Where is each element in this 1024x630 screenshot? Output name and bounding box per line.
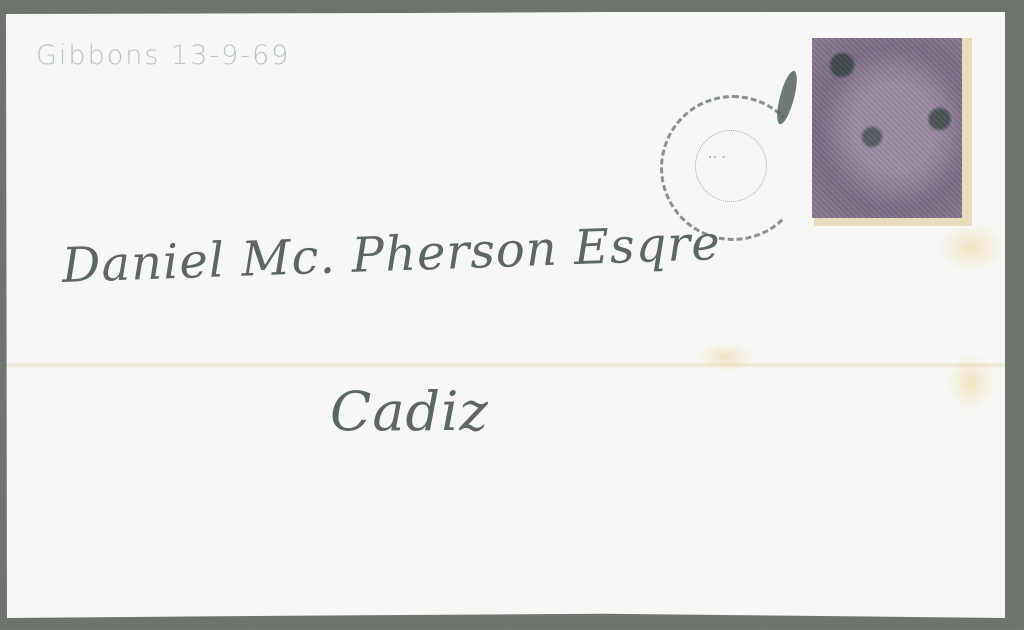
- pencil-note: Gibbons 13-9-69: [36, 40, 290, 71]
- postage-stamp: [812, 38, 962, 218]
- stain: [696, 342, 756, 372]
- postmark-inner-ring: [695, 130, 767, 202]
- addressee-city: Cadiz: [330, 380, 489, 443]
- stain: [936, 222, 1005, 272]
- fold-line: [6, 362, 1005, 368]
- postmark-text: ·· ·: [708, 150, 726, 166]
- stain: [946, 352, 996, 412]
